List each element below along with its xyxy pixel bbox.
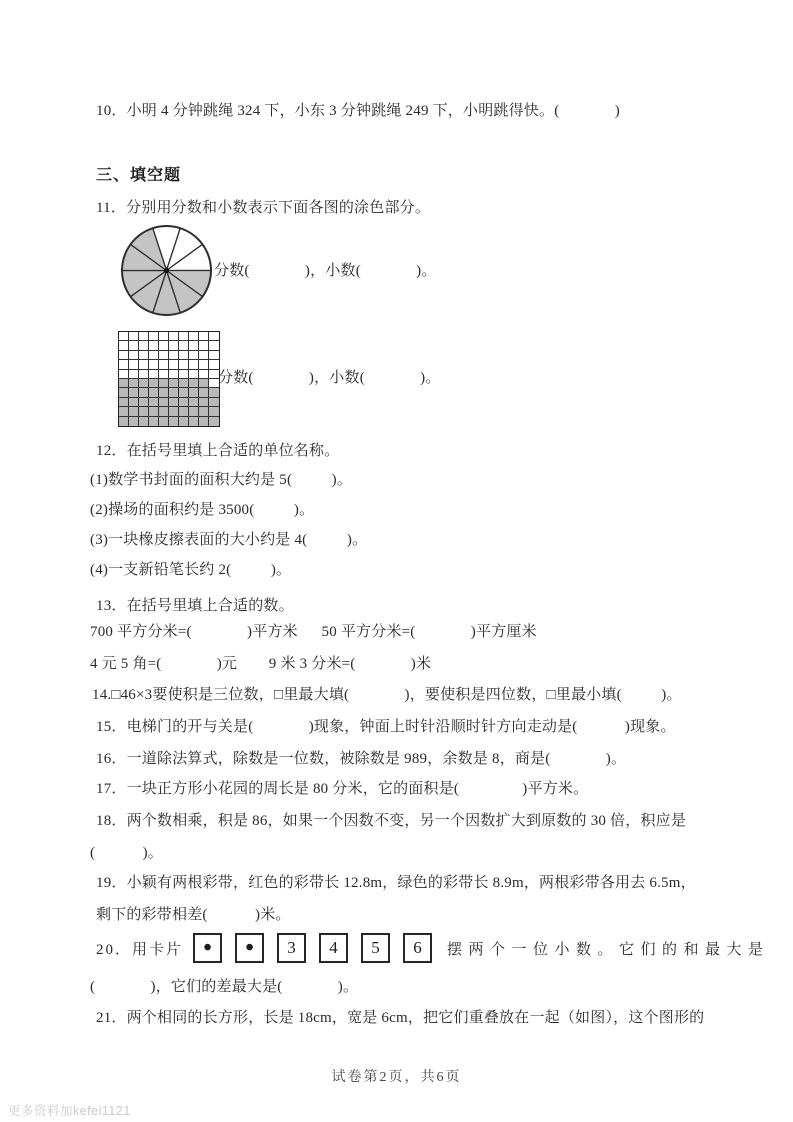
grid-cell [139, 370, 149, 379]
grid-cell-shaded [199, 388, 209, 397]
grid-cell-shaded [189, 417, 199, 426]
grid-cell [159, 360, 169, 369]
text-line-q13: 13．在括号里填上合适的数。 [96, 596, 294, 616]
grid-cell [189, 351, 199, 360]
text-line-q15: 15．电梯门的开与关是( )现象，钟面上时针沿顺时针方向走动是( )现象。 [96, 717, 676, 737]
text-line-pielabel: 分数( )，小数( )。 [214, 261, 437, 281]
card-decimal-point: • [193, 933, 222, 963]
grid-cell [129, 332, 139, 341]
grid-cell-shaded [149, 379, 159, 388]
grid-cell-shaded [199, 398, 209, 407]
grid-cell-shaded [189, 388, 199, 397]
grid-cell-shaded [179, 379, 189, 388]
grid-cell-shaded [179, 407, 189, 416]
grid-cell-shaded [169, 407, 179, 416]
grid-cell [119, 351, 129, 360]
digit-cards: ••3456 [193, 933, 445, 963]
grid-cell [179, 360, 189, 369]
grid-cell-shaded [119, 379, 129, 388]
grid-cell [189, 360, 199, 369]
grid-cell-shaded [119, 407, 129, 416]
pie-chart-figure [119, 223, 215, 319]
grid-cell-shaded [129, 398, 139, 407]
grid-cell-shaded [149, 407, 159, 416]
grid-cell [139, 351, 149, 360]
grid-cell-shaded [119, 417, 129, 426]
grid-cell [209, 341, 219, 350]
text-line-q18: 18．两个数相乘，积是 86，如果一个因数不变，另一个因数扩大到原数的 30 倍… [96, 811, 686, 831]
text-line-q13b: 4 元 5 角=( )元 9 米 3 分米=( )米 [90, 654, 431, 674]
grid-cell-shaded [119, 388, 129, 397]
card-digit-3: 3 [277, 933, 306, 963]
grid-cell-shaded [149, 398, 159, 407]
grid-cell-shaded [149, 388, 159, 397]
q20-prefix-text: 20．用卡片 [96, 938, 183, 959]
grid-cell [119, 360, 129, 369]
text-line-q14: 14.□46×3要使积是三位数，□里最大填( )，要使积是四位数，□里最小填( … [92, 685, 682, 705]
grid-cell-shaded [199, 379, 209, 388]
grid-cell [149, 370, 159, 379]
text-line-q12_3: (3)一块橡皮擦表面的大小约是 4( )。 [90, 530, 367, 550]
grid-cell [169, 332, 179, 341]
grid-cell [159, 351, 169, 360]
page-number-footer: 试卷第2页，共6页 [0, 1066, 793, 1086]
text-line-q10: 10．小明 4 分钟跳绳 324 下，小东 3 分钟跳绳 249 下，小明跳得快… [96, 101, 620, 121]
grid-cell [149, 360, 159, 369]
grid-cell [209, 332, 219, 341]
grid-cell [129, 351, 139, 360]
grid-cell [209, 379, 219, 388]
grid-cell-shaded [189, 379, 199, 388]
grid-cell-shaded [209, 417, 219, 426]
text-line-q12_1: (1)数学书封面的面积大约是 5( )。 [90, 470, 352, 490]
grid-cell-shaded [209, 398, 219, 407]
grid-cell-shaded [199, 407, 209, 416]
text-line-q20b: ( )，它们的差最大是( )。 [90, 977, 358, 997]
grid-cell [199, 351, 209, 360]
grid-cell [209, 351, 219, 360]
text-line-q21: 21．两个相同的长方形，长是 18cm，宽是 6cm，把它们重叠放在一起（如图）… [96, 1008, 704, 1028]
grid-cell [129, 341, 139, 350]
grid-cell [199, 370, 209, 379]
grid-cell [179, 332, 189, 341]
grid-cell-shaded [139, 417, 149, 426]
card-decimal-point: • [235, 933, 264, 963]
grid-cell-shaded [189, 407, 199, 416]
text-line-q13a: 700 平方分米=( )平方米 50 平方分米=( )平方厘米 [90, 622, 537, 642]
grid-cell-shaded [159, 388, 169, 397]
text-line-q12_2: (2)操场的面积约是 3500( )。 [90, 500, 314, 520]
grid-cell [169, 341, 179, 350]
grid-cell [149, 341, 159, 350]
grid-cell-shaded [209, 388, 219, 397]
q20-suffix-text: 摆两个一位小数。它们的和最大是 [447, 938, 770, 959]
grid-cell-shaded [179, 388, 189, 397]
grid-cell [189, 370, 199, 379]
pie-center-dot [164, 268, 169, 273]
text-line-heading: 三、填空题 [96, 166, 181, 186]
hundred-grid-figure [118, 331, 220, 427]
grid-cell-shaded [139, 407, 149, 416]
grid-cell-shaded [199, 417, 209, 426]
grid-cell [169, 360, 179, 369]
watermark-text: 更多资料加kefei1121 [8, 1101, 131, 1119]
text-line-q16: 16．一道除法算式，除数是一位数，被除数是 989，余数是 8，商是( )。 [96, 749, 626, 769]
grid-cell-shaded [159, 417, 169, 426]
card-digit-4: 4 [319, 933, 348, 963]
text-line-q19: 19．小颖有两根彩带，红色的彩带长 12.8m，绿色的彩带长 8.9m，两根彩带… [96, 873, 696, 893]
card-digit-6: 6 [403, 933, 432, 963]
grid-cell-shaded [139, 388, 149, 397]
grid-cell [149, 351, 159, 360]
grid-cell-shaded [169, 417, 179, 426]
grid-cell-shaded [129, 417, 139, 426]
grid-cell-shaded [129, 407, 139, 416]
card-digit-5: 5 [361, 933, 390, 963]
exam-page: { "lines": [ {"name":"q10", "text":"10．小… [0, 0, 793, 1122]
grid-cell-shaded [169, 398, 179, 407]
grid-cell [149, 332, 159, 341]
grid-cell-shaded [129, 379, 139, 388]
grid-cell [159, 332, 169, 341]
grid-cell-shaded [139, 398, 149, 407]
grid-cell-shaded [209, 407, 219, 416]
grid-cell [169, 351, 179, 360]
grid-cell-shaded [139, 379, 149, 388]
grid-cell [119, 332, 129, 341]
grid-cell [199, 332, 209, 341]
grid-cell [179, 341, 189, 350]
grid-cell-shaded [189, 398, 199, 407]
grid-cell-shaded [169, 388, 179, 397]
grid-cell [139, 360, 149, 369]
text-line-q17: 17．一块正方形小花园的周长是 80 分米，它的面积是( )平方米。 [96, 779, 588, 799]
grid-cell-shaded [159, 398, 169, 407]
text-line-q18b: ( )。 [90, 843, 163, 863]
grid-cell [199, 341, 209, 350]
grid-cell-shaded [119, 398, 129, 407]
text-line-q19b: 剩下的彩带相差( )米。 [96, 905, 291, 925]
grid-cell [189, 341, 199, 350]
text-line-q12: 12．在括号里填上合适的单位名称。 [96, 441, 339, 461]
grid-cell [119, 370, 129, 379]
grid-cell [209, 370, 219, 379]
question-20-cards-line: 20．用卡片 ••3456 摆两个一位小数。它们的和最大是 [96, 930, 770, 966]
grid-cell [129, 360, 139, 369]
grid-cell [129, 370, 139, 379]
grid-cell [209, 360, 219, 369]
grid-cell-shaded [179, 417, 189, 426]
text-line-gridlabel: 分数( )，小数( )。 [218, 368, 441, 388]
grid-cell [159, 370, 169, 379]
grid-cell-shaded [149, 417, 159, 426]
grid-cell [169, 370, 179, 379]
grid-cell-shaded [169, 379, 179, 388]
grid-cell-shaded [159, 379, 169, 388]
grid-cell [159, 341, 169, 350]
text-line-q11: 11．分别用分数和小数表示下面各图的涂色部分。 [96, 198, 430, 218]
grid-cell [199, 360, 209, 369]
grid-cell [179, 370, 189, 379]
grid-cell [139, 341, 149, 350]
grid-cell-shaded [159, 407, 169, 416]
grid-cell [119, 341, 129, 350]
grid-cell-shaded [179, 398, 189, 407]
grid-cell [179, 351, 189, 360]
grid-cell [139, 332, 149, 341]
grid-cell-shaded [129, 388, 139, 397]
grid-cell [189, 332, 199, 341]
text-line-q12_4: (4)一支新铅笔长约 2( )。 [90, 560, 291, 580]
